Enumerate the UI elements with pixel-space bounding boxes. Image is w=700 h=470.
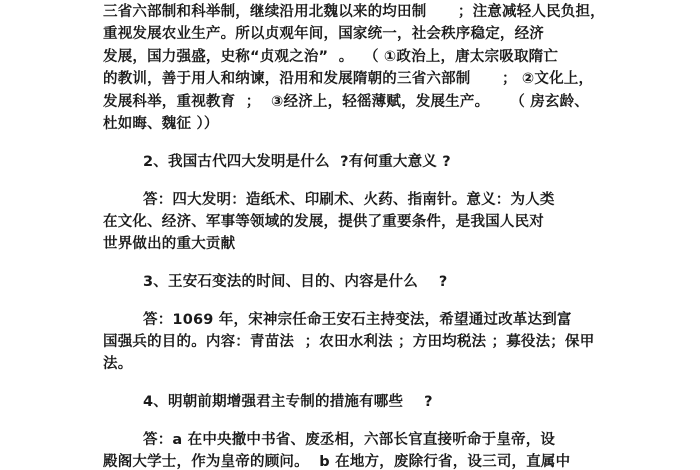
question-heading: 3、王安石变法的时间、目的、内容是什么 ?: [143, 273, 448, 291]
text-line: 答：四大发明：造纸术、印刷术、火药、指南针。意义：为人类: [143, 191, 555, 209]
text-line: 杜如晦、魏征 ））: [103, 115, 219, 133]
text-line: 世界做出的重大贡献: [103, 235, 235, 253]
text-line: 发展，国力强盛，史称“贞观之治” 。 （ ①政治上，唐太宗吸取隋亡: [103, 48, 558, 66]
text-line: 重视发展农业生产。所以贞观年间，国家统一，社会秩序稳定，经济: [103, 25, 544, 43]
question-heading: 4、明朝前期增强君主专制的措施有哪些 ?: [143, 393, 433, 411]
text-line: 发展科举，重视教育 ； ③经济上，轻徭薄赋，发展生产。 （ 房玄龄、: [103, 93, 589, 111]
text-line: 答：a 在中央撤中书省、废丞相，六部长官直接听命于皇帝，设: [143, 431, 555, 449]
text-line: 答：1069 年，宋神宗任命王安石主持变法，希望通过改革达到富: [143, 311, 572, 329]
text-line: 法。: [103, 355, 132, 373]
text-line: 的教训，善于用人和纳谏，沿用和发展隋朝的三省六部制 ； ②文化上，: [103, 70, 593, 88]
text-line: 三省六部制和科举制，继续沿用北魏以来的均田制 ；注意减轻人民负担，: [103, 3, 605, 21]
text-line: 殿阁大学士，作为皇帝的顾问。 b 在地方，废除行省，设三司，直属中: [103, 453, 570, 470]
question-heading: 2、我国古代四大发明是什么 ?有何重大意义 ?: [143, 153, 451, 171]
text-line: 在文化、经济、军事等领域的发展，提供了重要条件，是我国人民对: [103, 213, 544, 231]
text-line: 国强兵的目的。内容：青苗法 ；农田水利法 ；方田均税法 ；募役法；保甲: [103, 333, 594, 351]
